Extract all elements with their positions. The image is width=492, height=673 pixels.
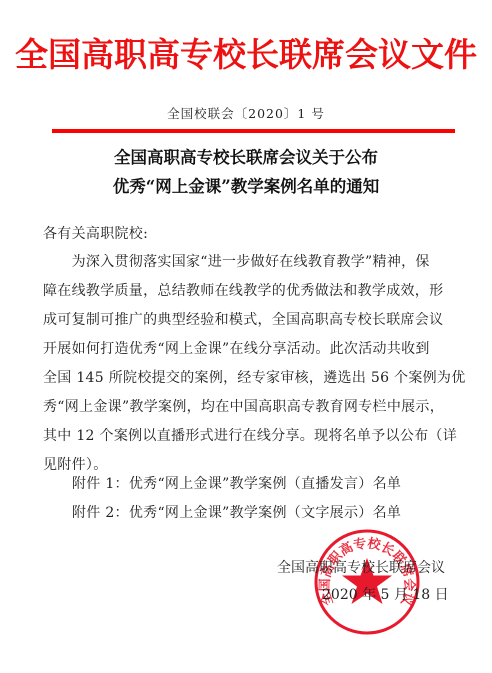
signature-organization: 全国高职高专校长联席会议	[277, 558, 445, 578]
attachment-1: 附件 1：优秀“网上金课”教学案例（直播发言）名单	[72, 474, 482, 494]
body-line: 见附件）。	[43, 455, 453, 475]
document-page: 全国高职高专校长联席会议文件 全国校联会〔2020〕1 号 全国高职高专校长联席…	[0, 0, 492, 673]
body-line: 开展如何打造优秀“网上金课”在线分享活动。此次活动共收到	[43, 339, 453, 359]
body-line: 秀“网上金课”教学案例，均在中国高职高专教育网专栏中展示，	[43, 397, 453, 417]
body-line: 障在线教学质量，总结教师在线教学的优秀做法和教学成效，形	[43, 281, 453, 301]
notice-title-line-1: 全国高职高专校长联席会议关于公布	[0, 147, 492, 169]
salutation: 各有关高职院校:	[43, 224, 453, 244]
document-number: 全国校联会〔2020〕1 号	[0, 104, 492, 122]
document-header-title: 全国高职高专校长联席会议文件	[0, 35, 492, 75]
header-divider	[52, 129, 455, 133]
notice-title-line-2: 优秀“网上金课”教学案例名单的通知	[0, 176, 492, 198]
body-line: 成可复制可推广的典型经验和模式，全国高职高专校长联席会议	[43, 310, 453, 330]
signature-date: 2020 年 5 月 18 日	[322, 585, 449, 605]
body-line: 其中 12 个案例以直播形式进行在线分享。现将名单予以公布（详	[43, 426, 453, 446]
attachment-2: 附件 2：优秀“网上金课”教学案例（文字展示）名单	[72, 503, 482, 523]
official-seal: 全国高职高专校长联席会议	[313, 528, 421, 636]
body-line: 全国 145 所院校提交的案例，经专家审核，遴选出 56 个案例为优	[43, 368, 453, 388]
body-line: 为深入贯彻落实国家“进一步做好在线教育教学”精神，保	[43, 252, 453, 272]
